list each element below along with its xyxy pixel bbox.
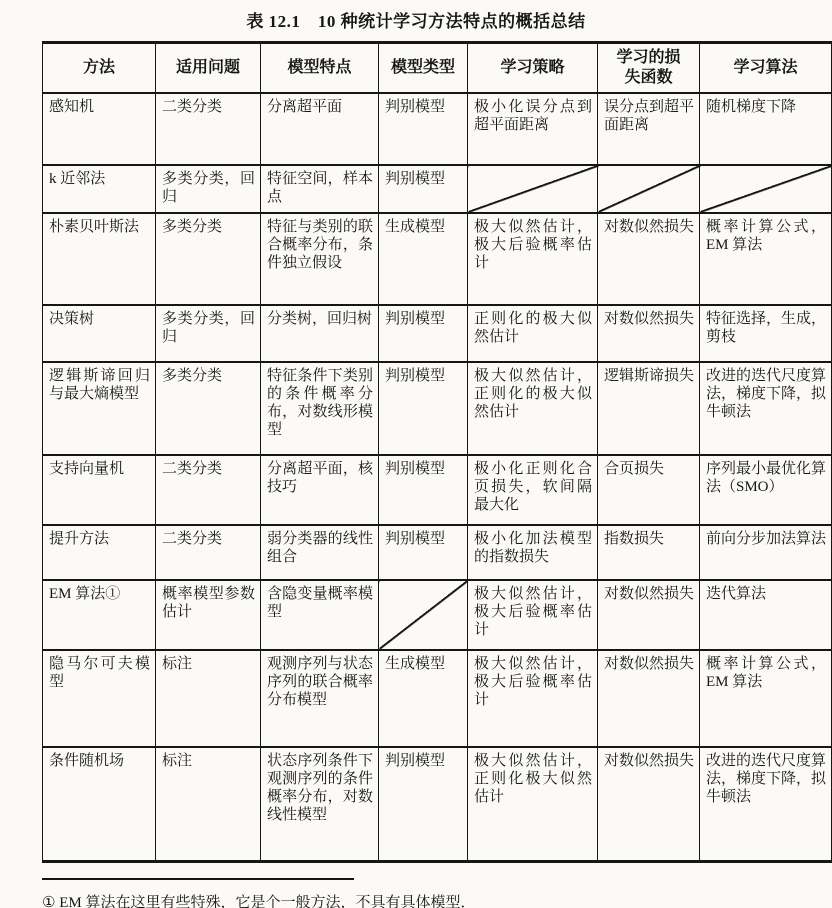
table-cell (700, 165, 832, 213)
table-cell: 极大似然估计，极大后验概率估计 (468, 650, 598, 747)
table-cell: 生成模型 (379, 213, 468, 305)
table-row: 决策树多类分类，回归分类树，回归树判别模型正则化的极大似然估计对数似然损失特征选… (43, 305, 832, 362)
table-cell: 感知机 (43, 93, 156, 165)
table-cell: 对数似然损失 (598, 650, 700, 747)
table-cell: 判别模型 (379, 362, 468, 455)
table-cell: 隐马尔可夫模型 (43, 650, 156, 747)
table-cell: 支持向量机 (43, 455, 156, 525)
table-cell: 特征选择，生成，剪枝 (700, 305, 832, 362)
table-cell: 对数似然损失 (598, 213, 700, 305)
table-cell: 生成模型 (379, 650, 468, 747)
footnote-divider (42, 878, 354, 880)
table-cell: 多类分类 (156, 362, 261, 455)
header-cell-method: 方法 (43, 43, 156, 93)
table-cell: 朴素贝叶斯法 (43, 213, 156, 305)
methods-summary-table: 方法 适用问题 模型特点 模型类型 学习策略 学习的损 失函数 学习算法 感知机… (42, 41, 832, 863)
table-cell: 迭代算法 (700, 580, 832, 650)
table-cell: 判别模型 (379, 165, 468, 213)
header-row: 方法 适用问题 模型特点 模型类型 学习策略 学习的损 失函数 学习算法 (43, 43, 832, 93)
table-body: 感知机二类分类分离超平面判别模型极小化误分点到超平面距离误分点到超平面距离随机梯… (43, 93, 832, 862)
table-row: 条件随机场标注状态序列条件下观测序列的条件概率分布，对数线性模型判别模型极大似然… (43, 747, 832, 862)
table-cell (468, 165, 598, 213)
table-cell: 概率计算公式，EM 算法 (700, 650, 832, 747)
table-row: 支持向量机二类分类分离超平面，核技巧判别模型极小化正则化合页损失，软间隔最大化合… (43, 455, 832, 525)
table-cell: 分离超平面，核技巧 (261, 455, 379, 525)
header-cell-problem: 适用问题 (156, 43, 261, 93)
table-cell: 极小化误分点到超平面距离 (468, 93, 598, 165)
table-cell: 指数损失 (598, 525, 700, 580)
table-cell: 正则化的极大似然估计 (468, 305, 598, 362)
table-cell: 改进的迭代尺度算法，梯度下降，拟牛顿法 (700, 362, 832, 455)
table-row: 提升方法二类分类弱分类器的线性组合判别模型极小化加法模型的指数损失指数损失前向分… (43, 525, 832, 580)
table-cell: 对数似然损失 (598, 747, 700, 862)
table-title: 表 12.1 10 种统计学习方法特点的概括总结 (0, 0, 832, 32)
table-cell: k 近邻法 (43, 165, 156, 213)
table-cell: 极大似然估计，正则化的极大似然估计 (468, 362, 598, 455)
table-cell: 特征空间，样本点 (261, 165, 379, 213)
table-cell: 观测序列与状态序列的联合概率分布模型 (261, 650, 379, 747)
footnote-text: ① EM 算法在这里有些特殊，它是个一般方法，不具有具体模型． (42, 891, 832, 908)
table-cell: 极小化加法模型的指数损失 (468, 525, 598, 580)
table-cell: 二类分类 (156, 455, 261, 525)
table-cell: 概率计算公式，EM 算法 (700, 213, 832, 305)
table-cell: 弱分类器的线性组合 (261, 525, 379, 580)
table-cell: 合页损失 (598, 455, 700, 525)
table-cell: 判别模型 (379, 455, 468, 525)
table-row: 朴素贝叶斯法多类分类特征与类别的联合概率分布，条件独立假设生成模型极大似然估计，… (43, 213, 832, 305)
table-cell: 逻辑斯谛损失 (598, 362, 700, 455)
table-row: 隐马尔可夫模型标注观测序列与状态序列的联合概率分布模型生成模型极大似然估计，极大… (43, 650, 832, 747)
table-cell: 前向分步加法算法 (700, 525, 832, 580)
table-cell: 误分点到超平面距离 (598, 93, 700, 165)
table-cell: 提升方法 (43, 525, 156, 580)
table-cell: 特征与类别的联合概率分布，条件独立假设 (261, 213, 379, 305)
table-row: k 近邻法多类分类，回归特征空间，样本点判别模型 (43, 165, 832, 213)
table-cell: 状态序列条件下观测序列的条件概率分布，对数线性模型 (261, 747, 379, 862)
table-header: 方法 适用问题 模型特点 模型类型 学习策略 学习的损 失函数 学习算法 (43, 43, 832, 93)
table-cell: 多类分类 (156, 213, 261, 305)
table-cell: 多类分类，回归 (156, 305, 261, 362)
table-cell: 标注 (156, 650, 261, 747)
table-cell: 决策树 (43, 305, 156, 362)
table-cell: 极大似然估计，正则化极大似然估计 (468, 747, 598, 862)
table-cell: 判别模型 (379, 93, 468, 165)
table-cell: 序列最小最优化算法（SMO） (700, 455, 832, 525)
table-cell: EM 算法① (43, 580, 156, 650)
table-cell: 改进的迭代尺度算法，梯度下降，拟牛顿法 (700, 747, 832, 862)
table-cell: 多类分类，回归 (156, 165, 261, 213)
table-row: 逻辑斯谛回归与最大熵模型多类分类特征条件下类别的条件概率分布，对数线形模型判别模… (43, 362, 832, 455)
table-cell (379, 580, 468, 650)
table-cell: 分离超平面 (261, 93, 379, 165)
header-cell-model-type: 模型类型 (379, 43, 468, 93)
table-cell: 随机梯度下降 (700, 93, 832, 165)
table-cell: 二类分类 (156, 525, 261, 580)
table-cell: 对数似然损失 (598, 580, 700, 650)
table-cell: 含隐变量概率模型 (261, 580, 379, 650)
header-cell-model-feature: 模型特点 (261, 43, 379, 93)
table-cell: 标注 (156, 747, 261, 862)
table-row: 感知机二类分类分离超平面判别模型极小化误分点到超平面距离误分点到超平面距离随机梯… (43, 93, 832, 165)
table-row: EM 算法①概率模型参数估计含隐变量概率模型极大似然估计，极大后验概率估计对数似… (43, 580, 832, 650)
table-cell (598, 165, 700, 213)
header-cell-algorithm: 学习算法 (700, 43, 832, 93)
table-cell: 条件随机场 (43, 747, 156, 862)
book-page: 表 12.1 10 种统计学习方法特点的概括总结 方法 适用问题 模型特点 模型… (0, 0, 832, 908)
table-cell: 判别模型 (379, 305, 468, 362)
table-cell: 逻辑斯谛回归与最大熵模型 (43, 362, 156, 455)
table-cell: 判别模型 (379, 747, 468, 862)
table-cell: 极小化正则化合页损失，软间隔最大化 (468, 455, 598, 525)
table-cell: 二类分类 (156, 93, 261, 165)
table-cell: 概率模型参数估计 (156, 580, 261, 650)
table-cell: 极大似然估计，极大后验概率估计 (468, 213, 598, 305)
table-cell: 特征条件下类别的条件概率分布，对数线形模型 (261, 362, 379, 455)
table-cell: 判别模型 (379, 525, 468, 580)
table-cell: 分类树，回归树 (261, 305, 379, 362)
header-cell-loss: 学习的损 失函数 (598, 43, 700, 93)
header-cell-strategy: 学习策略 (468, 43, 598, 93)
table-cell: 极大似然估计，极大后验概率估计 (468, 580, 598, 650)
table-cell: 对数似然损失 (598, 305, 700, 362)
